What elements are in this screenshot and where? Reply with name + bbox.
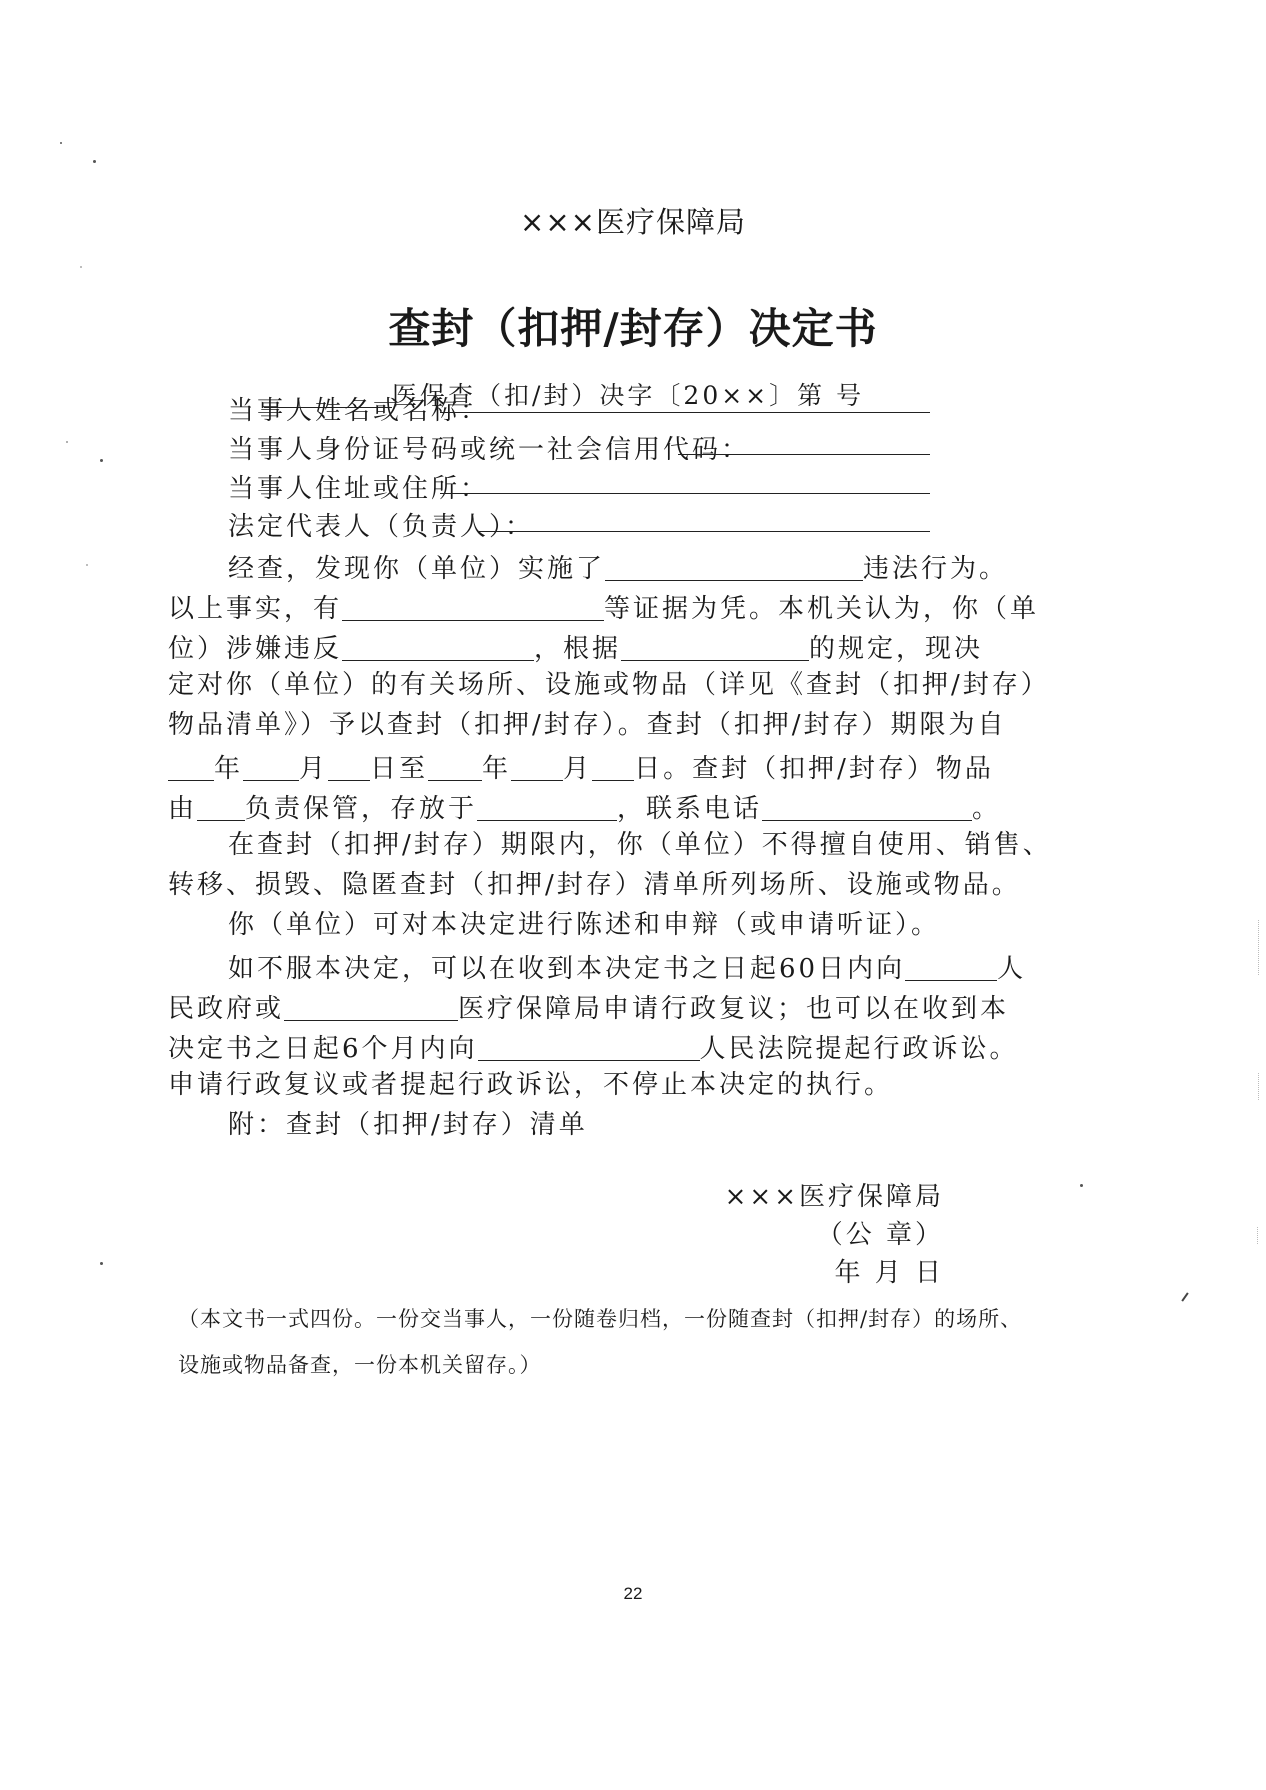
scan-speck [60, 142, 62, 144]
violation-blank[interactable] [605, 554, 863, 581]
field-party-id: 当事人身份证号码或统一社会信用代码： [228, 435, 750, 465]
signature-agency: ×××医疗保障局 [725, 1176, 944, 1213]
end-month-blank[interactable] [511, 754, 563, 781]
scan-dotted-mark [1258, 1073, 1260, 1100]
field-party-address: 当事人住址或住所： [228, 474, 489, 504]
custodian-blank[interactable] [197, 794, 245, 821]
scan-speck [93, 160, 96, 163]
field-legal-rep: 法定代表人（负责人）： [228, 512, 534, 542]
body-line-8: 在查封（扣押/封存）期限内，你（单位）不得擅自使用、销售、 [228, 830, 1052, 860]
storage-location-blank[interactable] [477, 794, 617, 821]
body-text: 人民法院提起行政诉讼。 [700, 1034, 1019, 1064]
scan-speck [86, 564, 88, 566]
footnote-line-1: （本文书一式四份。一份交当事人，一份随卷归档，一份随查封（扣押/封存）的场所、 [178, 1303, 1022, 1333]
body-line-5: 物品清单》）予以查封（扣押/封存）。查封（扣押/封存）期限为自 [168, 710, 1007, 740]
signature-date: 年 月 日 [834, 1252, 944, 1289]
body-text: 人 [997, 954, 1026, 984]
scan-speck [100, 459, 103, 462]
party-address-input[interactable] [440, 493, 930, 494]
legal-basis-blank[interactable] [621, 634, 809, 661]
end-day-blank[interactable] [592, 754, 634, 781]
body-text: 的规定，现决 [809, 634, 983, 664]
body-line-14: 申请行政复议或者提起行政诉讼，不停止本决定的执行。 [168, 1070, 893, 1100]
field-label: 当事人身份证号码或统一社会信用代码： [228, 435, 750, 465]
body-text: 年 [214, 754, 243, 784]
body-line-6: 年月日至年月日。查封（扣押/封存）物品 [168, 750, 994, 784]
body-line-2: 以上事实，有等证据为凭。本机关认为，你（单 [168, 590, 1039, 624]
body-line-3: 位）涉嫌违反，根据的规定，现决 [168, 630, 983, 664]
start-month-blank[interactable] [243, 754, 299, 781]
body-text: 由 [168, 794, 197, 824]
body-line-7: 由负责保管，存放于，联系电话。 [168, 790, 1001, 824]
party-id-input[interactable] [678, 454, 930, 455]
attachment-note: 附：查封（扣押/封存）清单 [228, 1110, 588, 1140]
review-government-blank[interactable] [905, 954, 997, 981]
body-text: 。 [972, 794, 1001, 824]
body-line-10: 你（单位）可对本决定进行陈述和申辩（或申请听证）。 [228, 910, 940, 940]
court-blank[interactable] [478, 1034, 700, 1061]
field-label: 法定代表人（负责人）： [228, 512, 534, 542]
body-text: 医疗保障局申请行政复议；也可以在收到本 [458, 994, 1009, 1024]
legal-rep-input[interactable] [478, 531, 930, 532]
end-year-blank[interactable] [428, 754, 482, 781]
body-text: ，联系电话 [617, 794, 762, 824]
body-text: 如不服本决定，可以在收到本决定书之日起60日内向 [228, 954, 905, 984]
scan-speck [66, 441, 68, 443]
body-line-9: 转移、损毁、隐匿查封（扣押/封存）清单所列场所、设施或物品。 [168, 870, 1021, 900]
body-line-11: 如不服本决定，可以在收到本决定书之日起60日内向人 [228, 950, 1026, 984]
footnote-line-2: 设施或物品备查，一份本机关留存。） [178, 1349, 542, 1379]
review-bureau-blank[interactable] [284, 994, 458, 1021]
body-text: 日。查封（扣押/封存）物品 [634, 754, 994, 784]
body-text: 位）涉嫌违反 [168, 634, 342, 664]
field-party-name: 当事人姓名或名称： [228, 396, 489, 426]
official-seal: （公 章） [817, 1214, 944, 1251]
scan-speck [100, 1262, 103, 1265]
body-text: 负责保管，存放于 [245, 794, 477, 824]
body-text: 经查，发现你（单位）实施了 [228, 554, 605, 584]
body-text: 月 [299, 754, 328, 784]
document-title: 查封（扣押/封存）决定书 [0, 296, 1266, 356]
evidence-blank[interactable] [342, 594, 604, 621]
body-line-1: 经查，发现你（单位）实施了违法行为。 [228, 550, 1008, 584]
body-text: 决定书之日起6个月内向 [168, 1034, 478, 1064]
start-day-blank[interactable] [328, 754, 370, 781]
body-text: 以上事实，有 [168, 594, 342, 624]
body-text: 日至 [370, 754, 428, 784]
body-text: 违法行为。 [863, 554, 1008, 584]
scan-dotted-mark [1257, 1227, 1259, 1244]
body-text: ，根据 [534, 634, 621, 664]
document-page: ×××医疗保障局 查封（扣押/封存）决定书 医保查（扣/封）决字〔20××〕第 … [0, 0, 1266, 1790]
start-year-blank[interactable] [168, 754, 214, 781]
page-number: 22 [0, 1584, 1266, 1604]
body-line-4: 定对你（单位）的有关场所、设施或物品（详见《查封（扣押/封存） [168, 670, 1050, 700]
body-text: 民政府或 [168, 994, 284, 1024]
body-text: 年 [482, 754, 511, 784]
field-label: 当事人住址或住所： [228, 474, 489, 504]
issuing-agency: ×××医疗保障局 [0, 200, 1266, 241]
party-name-input[interactable] [440, 412, 930, 413]
scan-speck [1080, 1184, 1083, 1187]
scan-pen-mark [1181, 1292, 1188, 1301]
contact-phone-blank[interactable] [762, 794, 972, 821]
scan-speck [80, 266, 82, 268]
violated-law-blank[interactable] [342, 634, 534, 661]
field-label: 当事人姓名或名称： [228, 396, 489, 426]
body-line-13: 决定书之日起6个月内向人民法院提起行政诉讼。 [168, 1030, 1019, 1064]
body-text: 月 [563, 754, 592, 784]
body-line-12: 民政府或医疗保障局申请行政复议；也可以在收到本 [168, 990, 1009, 1024]
body-text: 等证据为凭。本机关认为，你（单 [604, 594, 1039, 624]
scan-dotted-mark [1258, 920, 1260, 975]
